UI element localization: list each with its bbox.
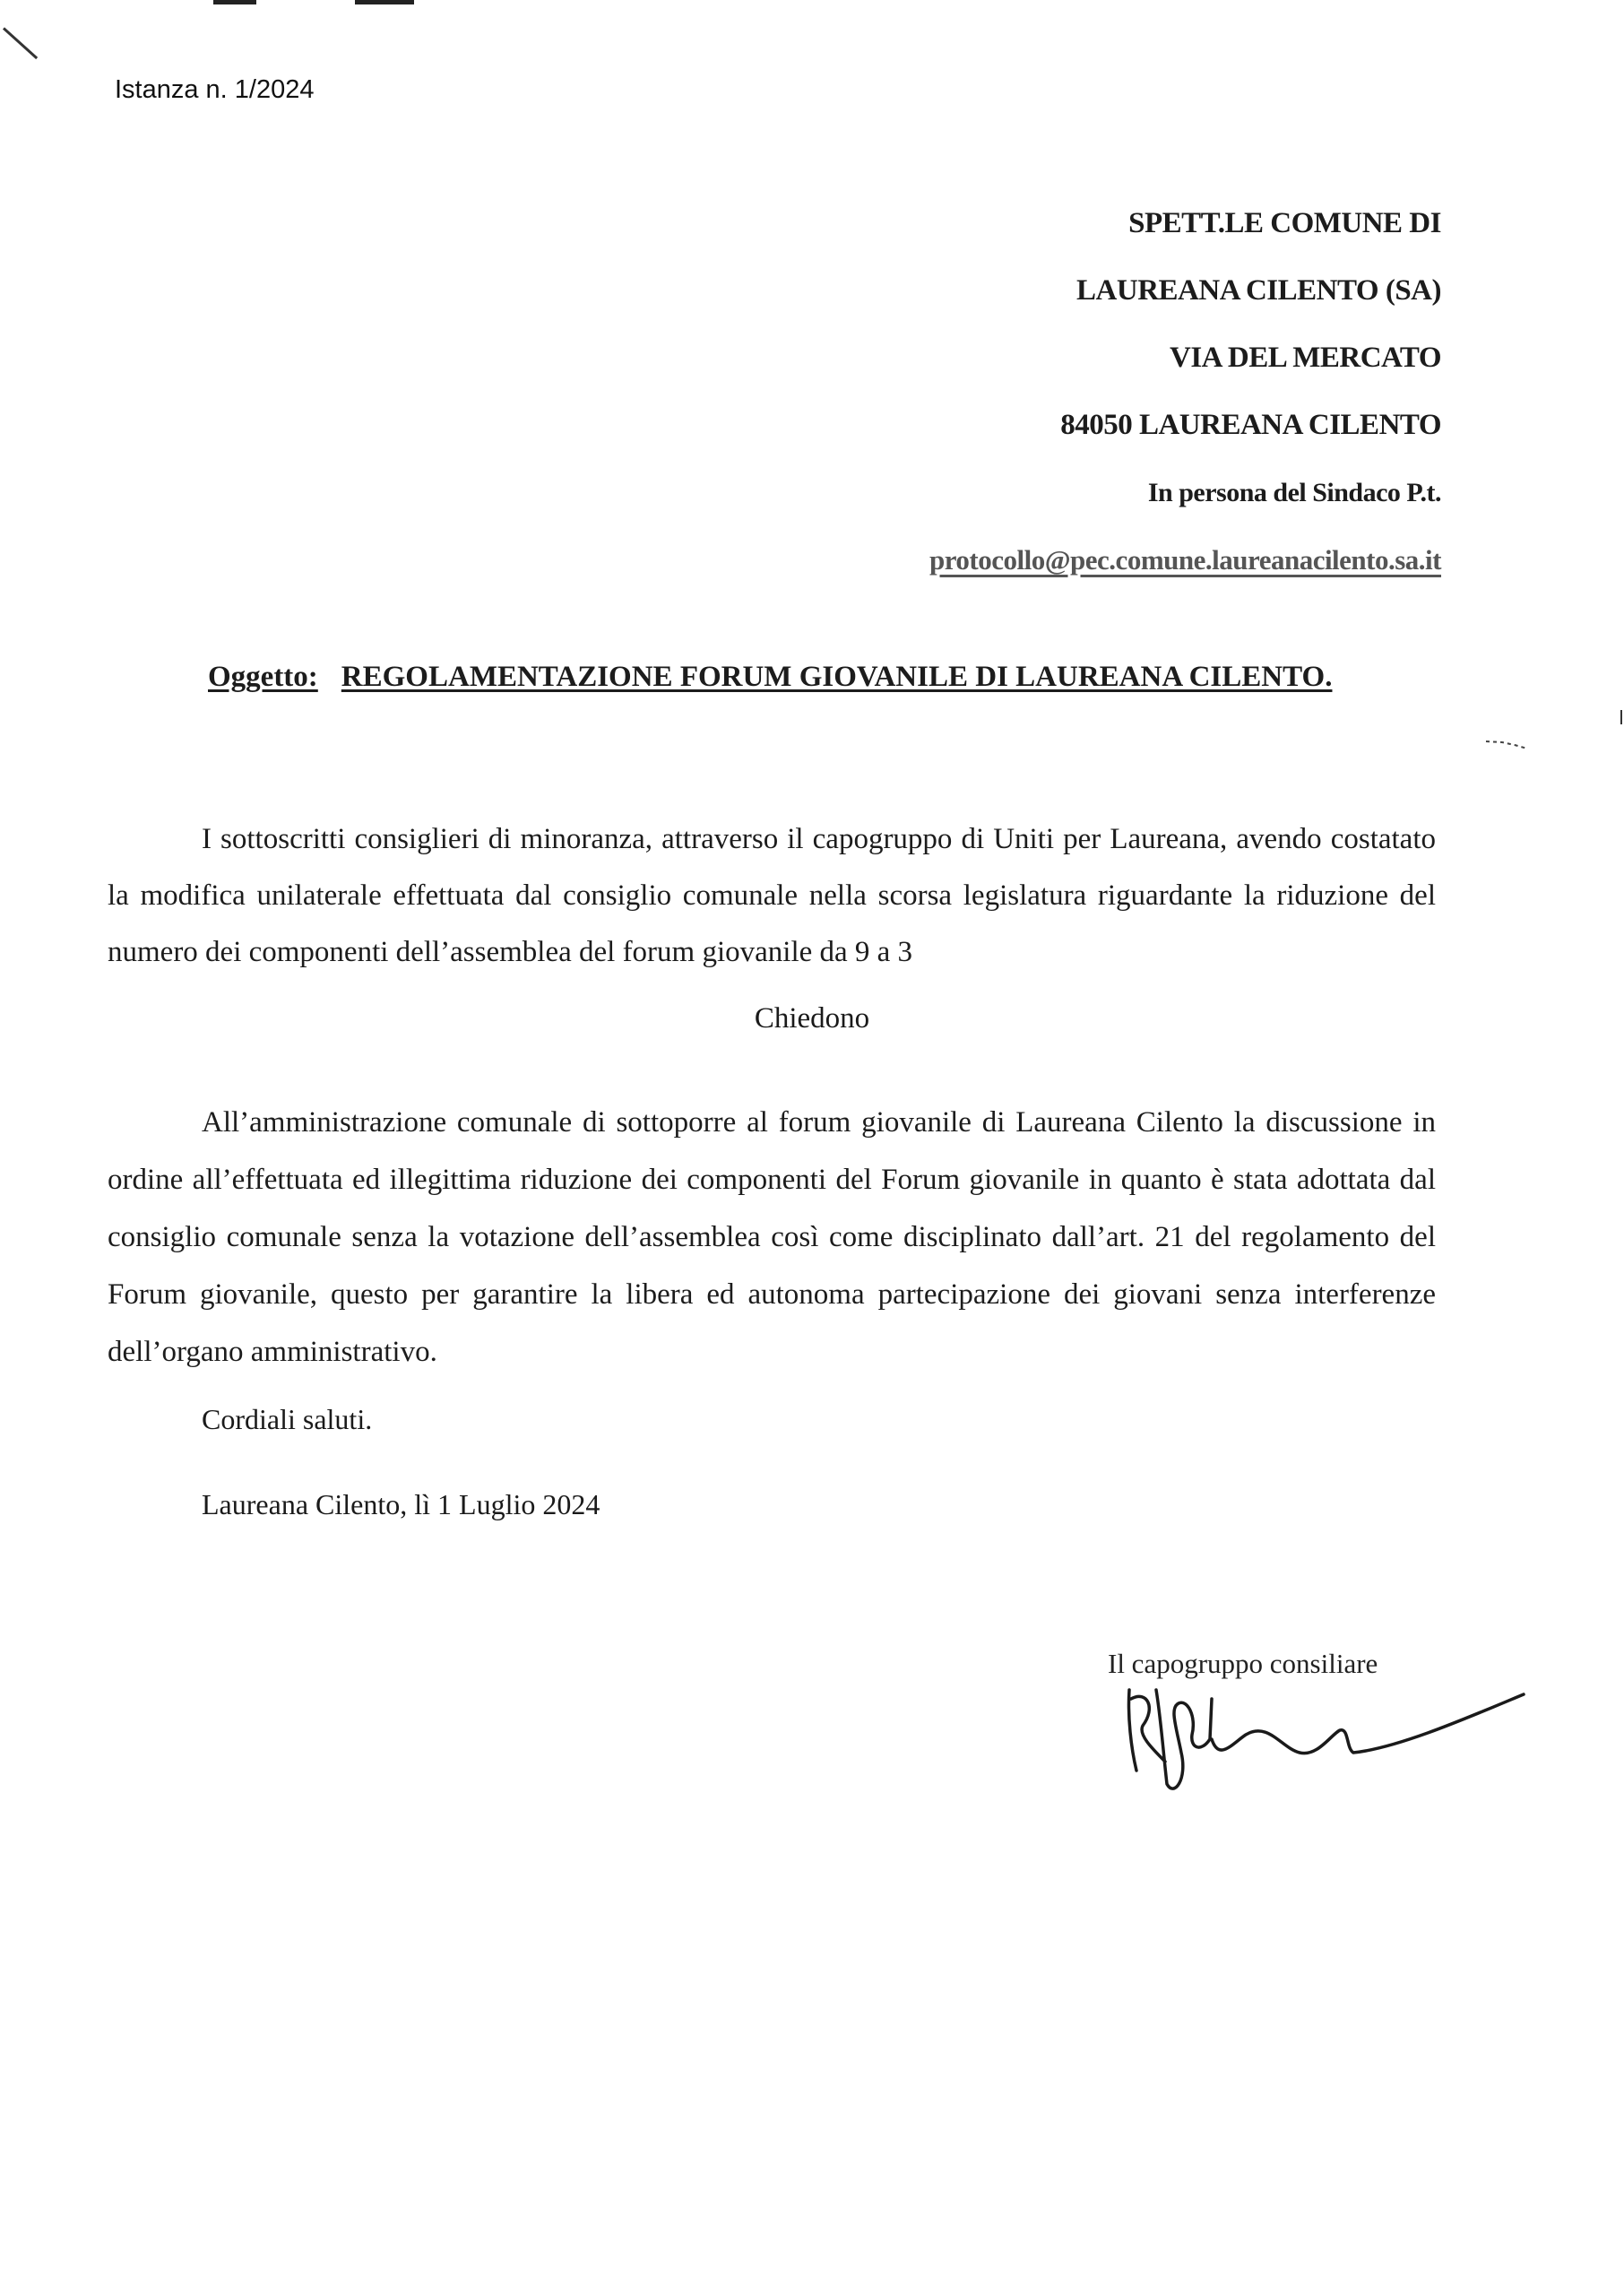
margin-mark [1620,710,1622,724]
subject-text: REGOLAMENTAZIONE FORUM GIOVANILE DI LAUR… [341,661,1333,693]
paragraph-premise: I sottoscritti consiglieri di minoranza,… [108,811,1436,981]
paragraph-request: All’amministrazione comunale di sottopor… [108,1094,1436,1381]
recipient-email: protocollo@pec.comune.laureanacilento.sa… [929,544,1441,576]
recipient-line: LAUREANA CILENTO (SA) [929,257,1441,325]
paragraph-premise-text: I sottoscritti consiglieri di minoranza,… [108,823,1436,968]
handwritten-signature-icon [1111,1663,1542,1797]
recipient-address-block: SPETT.LE COMUNE DI LAUREANA CILENTO (SA)… [929,190,1441,594]
closing-salutation: Cordiali saluti. [202,1403,372,1436]
place-date: Laureana Cilento, lì 1 Luglio 2024 [202,1488,600,1521]
scan-speck [1484,739,1538,751]
recipient-line: VIA DEL MERCATO [929,325,1441,392]
paragraph-request-text: All’amministrazione comunale di sottopor… [108,1106,1436,1368]
document-reference: Istanza n. 1/2024 [115,75,315,105]
recipient-line: 84050 LAUREANA CILENTO [929,392,1441,459]
subject-line: Oggetto:REGOLAMENTAZIONE FORUM GIOVANILE… [109,654,1440,699]
recipient-line: In persona del Sindaco P.t. [929,459,1441,526]
recipient-line: SPETT.LE COMUNE DI [929,190,1441,257]
scan-scratch-mark [3,27,38,59]
subject-label: Oggetto: [208,661,318,693]
request-heading: Chiedono [0,1002,1624,1035]
